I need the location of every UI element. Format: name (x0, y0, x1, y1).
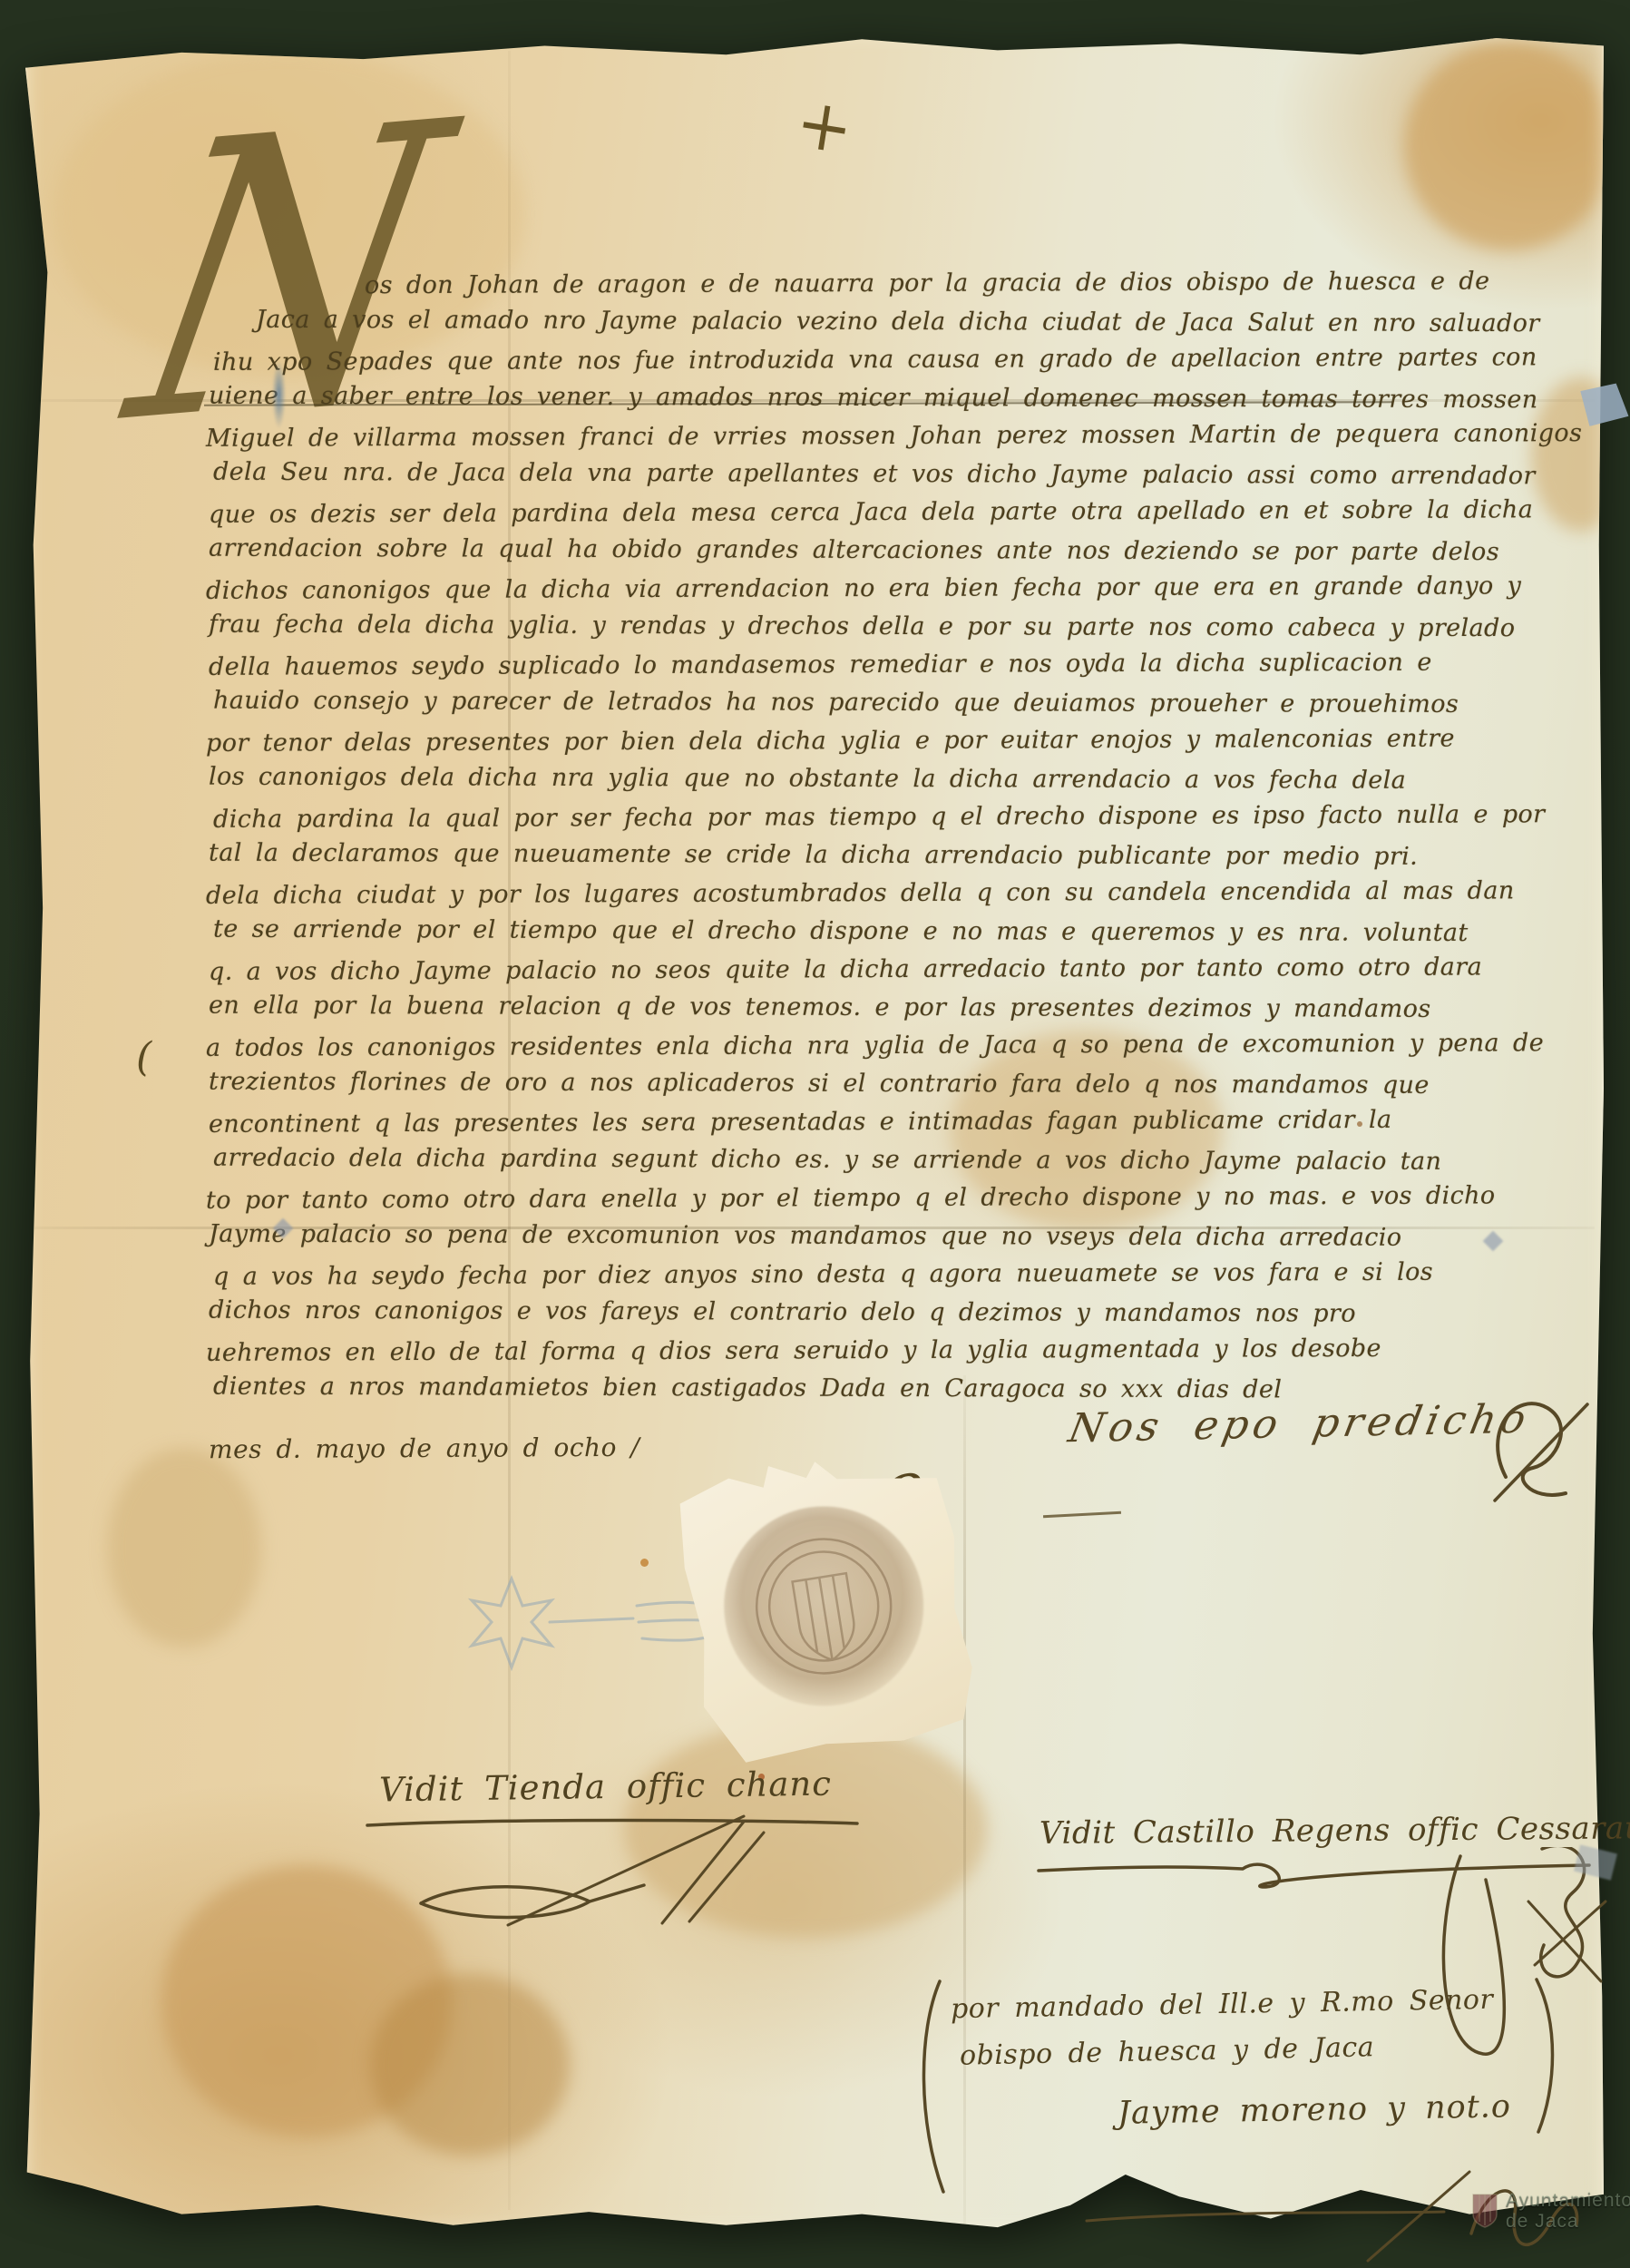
text-line: por tenor delas presentes por bien dela … (206, 719, 1569, 763)
text-line: dichos nros canonigos e vos fareys el co… (209, 1292, 1569, 1334)
dateline: mes d. mayo de anyo d ocho / (209, 1432, 639, 1464)
archive-watermark: Ayuntamiento de Jaca (1471, 2190, 1630, 2232)
stain (1404, 42, 1613, 250)
text-line: arredacio dela dicha pardina segunt dich… (213, 1139, 1569, 1182)
ink-speck (640, 1559, 649, 1567)
ink-speck (1357, 1121, 1362, 1127)
scanned-manuscript-page: { "scan": { "background_color": "#25311f… (0, 0, 1630, 2268)
stain (370, 1974, 570, 2156)
watermark-shield-icon (1471, 2193, 1498, 2229)
text-line: Jayme palacio so pena de excomunion vos … (209, 1216, 1569, 1258)
text-line: uiene a saber entre los vener. y amados … (209, 377, 1569, 420)
text-line: della hauemos seydo suplicado lo mandase… (209, 643, 1569, 687)
text-line: a todos los canonigos residentes enla di… (206, 1024, 1569, 1068)
text-line: os don Johan de aragon e de nauarra por … (206, 262, 1569, 306)
text-line: los canonigos dela dicha nra yglia que n… (209, 758, 1569, 801)
subscription-rubric-icon (1477, 1375, 1613, 1511)
text-line: hauido consejo y parecer de letrados ha … (213, 682, 1569, 725)
text-line: to por tanto como otro dara enella y por… (206, 1177, 1569, 1220)
text-line: dichos canonigos que la dicha via arrend… (206, 567, 1569, 611)
text-line: q a vos ha seydo fecha por diez anyos si… (213, 1253, 1569, 1296)
seal-shield-icon (730, 1512, 917, 1699)
text-line: uehremos en ello de tal forma q dios ser… (206, 1329, 1569, 1373)
text-line: encontinent q las presentes les sera pre… (209, 1100, 1569, 1144)
text-line: arrendacion sobre la qual ha obido grand… (209, 530, 1569, 572)
text-line: dela Seu nra. de Jaca dela vna parte ape… (213, 454, 1569, 496)
stain (107, 1448, 261, 1647)
text-line: te se arriende por el tiempo que el drec… (213, 911, 1569, 953)
papered-wax-seal (669, 1439, 985, 1770)
signature-castillo: Vidit Castillo Regens offic Cessaraug (1039, 1810, 1630, 1852)
text-line: dela dicha ciudat y por los lugares acos… (206, 872, 1569, 915)
text-line: en ella por la buena relacion q de vos t… (209, 987, 1569, 1030)
text-line: q. a vos dicho Jayme palacio no seos qui… (209, 948, 1569, 992)
manuscript-text-block: os don Johan de aragon e de nauarra por … (209, 265, 1569, 1408)
text-line: tal la declaramos que nueuamente se crid… (209, 835, 1569, 877)
watermark-line-1: Ayuntamiento (1506, 2190, 1630, 2211)
text-line: Jaca a vos el amado nro Jayme palacio ve… (209, 301, 1569, 344)
text-line: dicha pardina la qual por ser fecha por … (213, 796, 1569, 839)
bishop-subscription: Nos epo predicho (1065, 1396, 1534, 1452)
tienda-signature-flourish-icon (363, 1814, 871, 1932)
margin-mark: ( (136, 1034, 151, 1080)
text-line: que os dezis ser dela pardina dela mesa … (209, 491, 1569, 534)
text-line: trezientos florines de oro a nos aplicad… (209, 1063, 1569, 1106)
signature-tienda: Vidit Tienda offic chanc (379, 1765, 833, 1810)
text-line: ihu xpo Sepades que ante nos fue introdu… (213, 338, 1569, 382)
blue-ink-smear (272, 361, 286, 428)
notary-signature: Jayme moreno y not.o (1118, 2088, 1512, 2132)
text-line: frau fecha dela dicha yglia. y rendas y … (209, 606, 1569, 649)
watermark-line-2: de Jaca (1506, 2211, 1630, 2232)
text-line: Miguel de villarma mossen franci de vrri… (206, 415, 1569, 458)
